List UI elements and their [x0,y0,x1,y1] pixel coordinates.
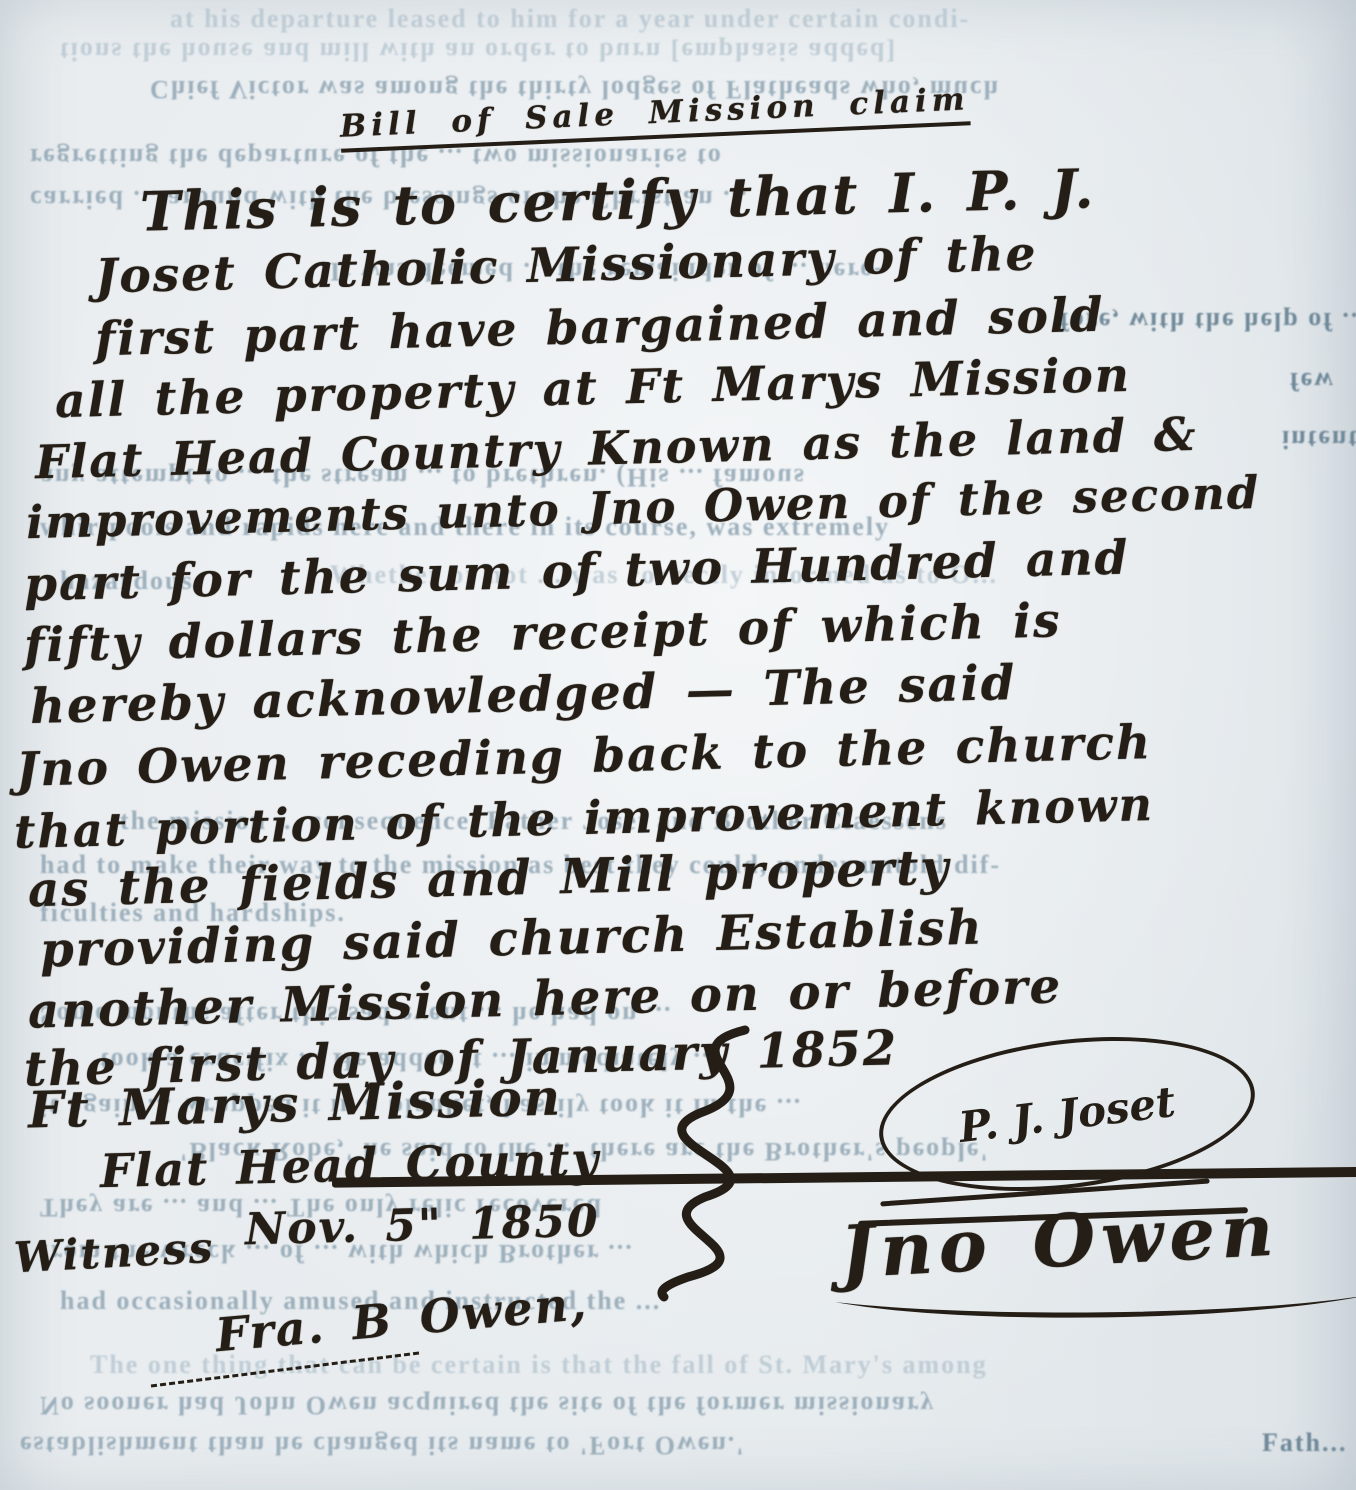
ghost-text-fragment: tions the house and mill with an order t… [60,36,897,66]
ghost-text-fragment: at his departure leased to him for a yea… [170,4,970,34]
witness-signature: Fra. B Owen, [213,1276,590,1362]
ghost-text-fragment: Fath... [1262,1428,1348,1458]
witness-label: Witness [13,1223,216,1282]
place-line: Flat Head County [99,1132,600,1198]
document-heading: Bill of Sale Mission claim [339,81,970,152]
ghost-text-fragment: establishment than he changed its name t… [20,1430,746,1460]
ghost-text-fragment: intent [1282,424,1356,454]
ghost-text-fragment: No sooner had John Owen acquired the sit… [40,1390,935,1420]
owen-signature-swash [830,1290,1356,1330]
ghost-text-fragment: few [1290,366,1335,396]
date-line: Nov. 5" 1850 [244,1196,600,1256]
scanned-document-page: at his departure leased to him for a yea… [0,0,1356,1490]
place-line: Ft Marys Mission [27,1067,562,1139]
brace-flourish [630,1025,780,1305]
witness-flourish [151,1352,419,1388]
